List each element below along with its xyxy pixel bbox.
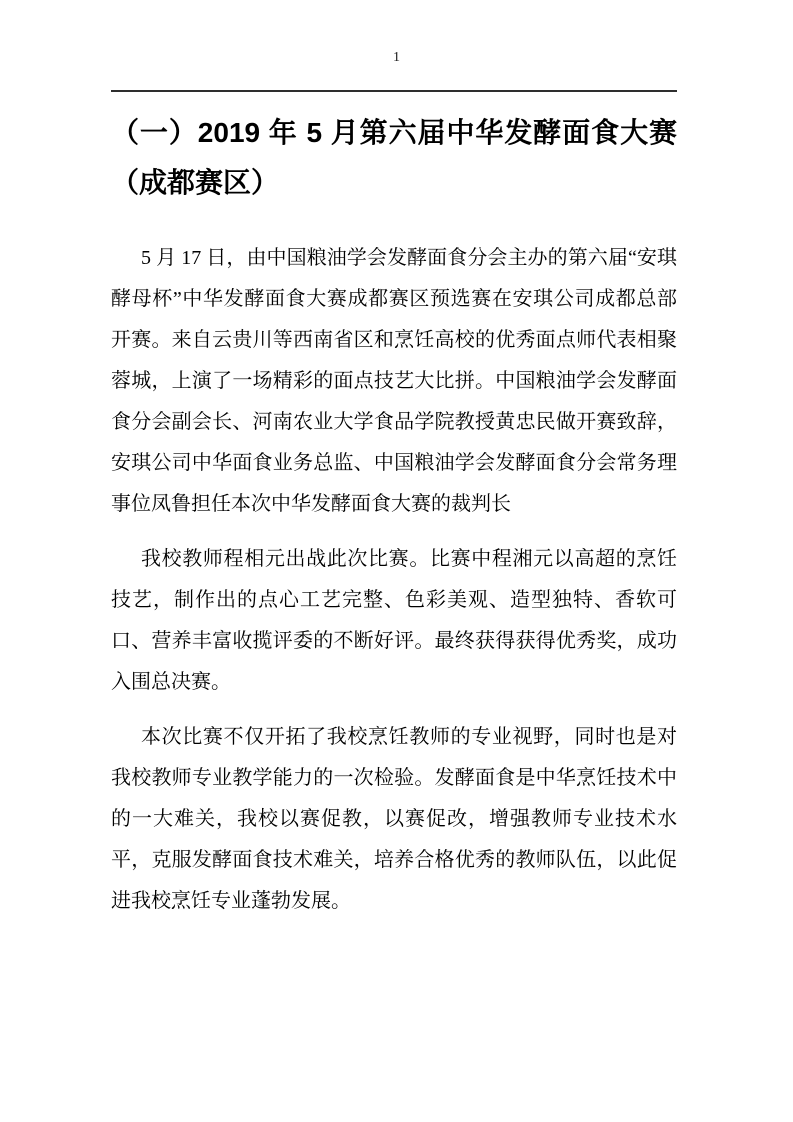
paragraph-3: 本次比赛不仅开拓了我校烹饪教师的专业视野，同时也是对我校教师专业教学能力的一次检… xyxy=(111,717,677,922)
paragraph-2: 我校教师程相元出战此次比赛。比赛中程湘元以高超的烹饪技艺，制作出的点心工艺完整、… xyxy=(111,539,677,703)
paragraph-1: 5 月 17 日，由中国粮油学会发酵面食分会主办的第六届“安琪酵母杯”中华发酵面… xyxy=(111,238,677,525)
document-page: 1 （一）2019 年 5 月第六届中华发酵面食大赛（成都赛区） 5 月 17 … xyxy=(0,0,793,1122)
document-heading: （一）2019 年 5 月第六届中华发酵面食大赛（成都赛区） xyxy=(111,108,677,208)
document-body: （一）2019 年 5 月第六届中华发酵面食大赛（成都赛区） 5 月 17 日，… xyxy=(111,108,677,922)
page-number: 1 xyxy=(0,0,793,66)
header-divider xyxy=(111,90,677,92)
